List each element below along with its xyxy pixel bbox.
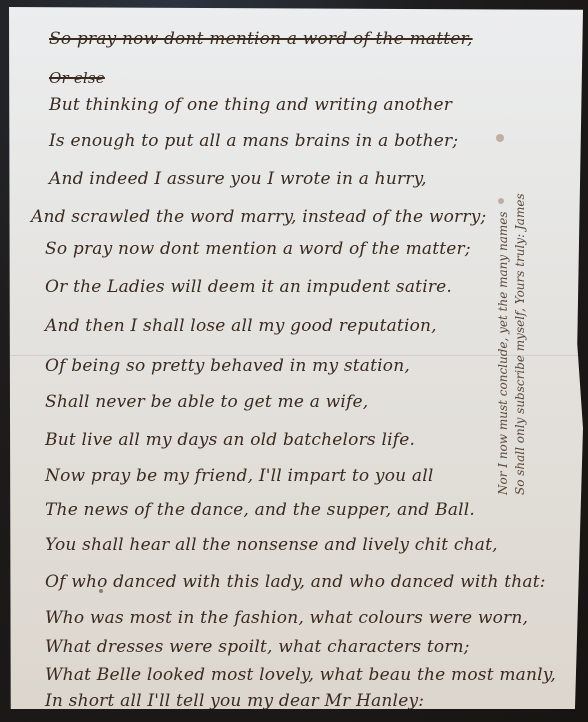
manuscript-line: And indeed I assure you I wrote in a hur… <box>49 169 427 189</box>
manuscript-line: Of being so pretty behaved in my station… <box>45 356 410 376</box>
ink-stain <box>498 198 504 204</box>
manuscript-line: What dresses were spoilt, what character… <box>45 637 470 657</box>
manuscript-line: Now pray be my friend, I'll impart to yo… <box>45 466 434 486</box>
manuscript-line-struck: Or else <box>49 69 105 87</box>
manuscript-line: The news of the dance, and the supper, a… <box>45 500 475 520</box>
margin-note-vertical: So shall only subscribe myself, Yours tr… <box>513 193 527 495</box>
margin-note-vertical: Nor I now must conclude, yet the many na… <box>496 211 510 495</box>
manuscript-line: Of who danced with this lady, and who da… <box>45 572 546 592</box>
manuscript-line: What Belle looked most lovely, what beau… <box>45 665 556 685</box>
manuscript-line-struck: So pray now dont mention a word of the m… <box>49 29 473 49</box>
manuscript-line: In short all I'll tell you my dear Mr Ha… <box>45 691 424 711</box>
manuscript-line: Is enough to put all a mans brains in a … <box>49 131 458 151</box>
manuscript-line: And then I shall lose all my good reputa… <box>45 316 437 336</box>
manuscript-line: Who was most in the fashion, what colour… <box>45 608 528 628</box>
manuscript-line: But live all my days an old batchelors l… <box>45 430 415 450</box>
manuscript-page: So pray now dont mention a word of the m… <box>9 7 583 709</box>
manuscript-line: And scrawled the word marry, instead of … <box>31 207 486 227</box>
manuscript-line: Shall never be able to get me a wife, <box>45 392 368 412</box>
manuscript-line: Or the Ladies will deem it an impudent s… <box>45 277 452 297</box>
manuscript-line: So pray now dont mention a word of the m… <box>45 239 471 259</box>
manuscript-line: You shall hear all the nonsense and live… <box>45 535 498 555</box>
ink-stain <box>496 134 504 142</box>
manuscript-line: But thinking of one thing and writing an… <box>49 95 452 115</box>
